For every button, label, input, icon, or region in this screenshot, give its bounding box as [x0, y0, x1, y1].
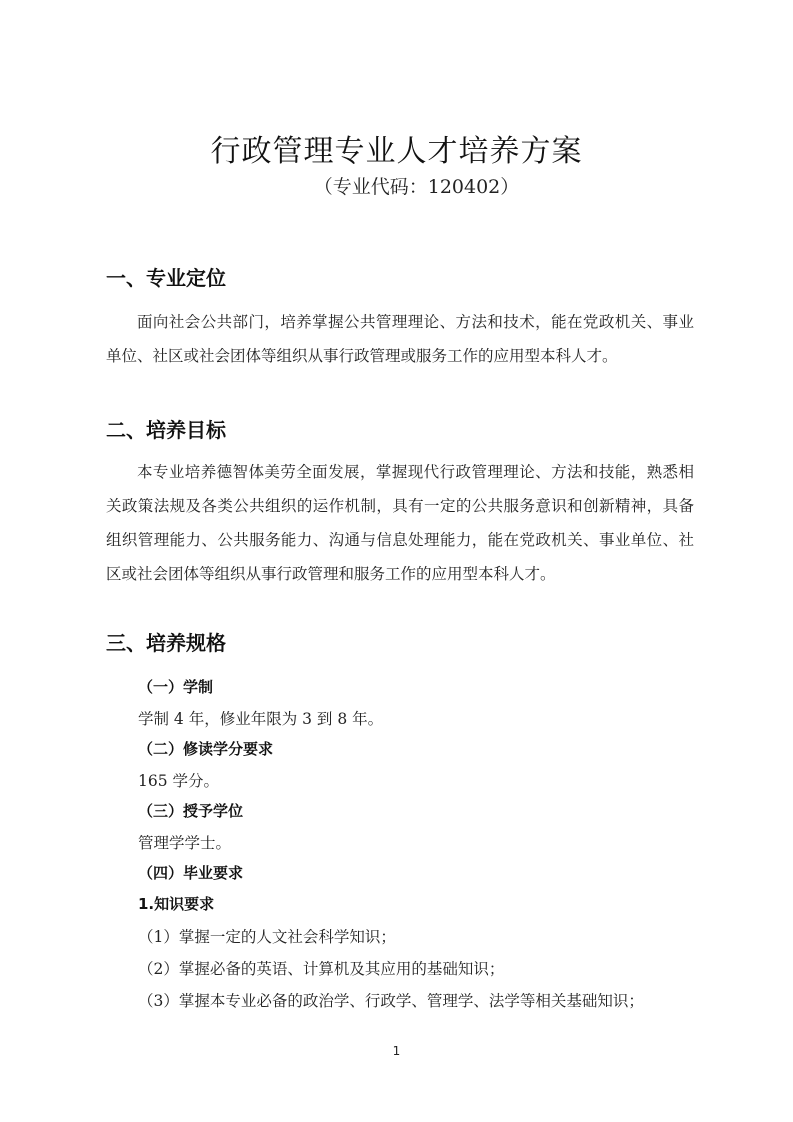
knowledge-requirements-heading: 1.知识要求 — [138, 893, 214, 914]
document-page: 行政管理专业人才培养方案 （专业代码：120402） 一、专业定位 面向社会公共… — [0, 0, 793, 1122]
section-paragraph-objectives: 本专业培养德智体美劳全面发展，掌握现代行政管理理论、方法和技能，熟悉相关政策法规… — [106, 455, 694, 591]
subsection-text-degree: 管理学学士。 — [138, 831, 231, 853]
subsection-heading-degree: （三）授予学位 — [138, 800, 243, 821]
subsection-text-credits: 165 学分。 — [138, 769, 219, 791]
section-heading-positioning: 一、专业定位 — [106, 262, 226, 291]
subsection-heading-graduation: （四）毕业要求 — [138, 862, 243, 883]
section-heading-objectives: 二、培养目标 — [106, 414, 226, 443]
section-heading-specifications: 三、培养规格 — [106, 627, 226, 656]
section-paragraph-positioning: 面向社会公共部门，培养掌握公共管理理论、方法和技术，能在党政机关、事业单位、社区… — [106, 305, 694, 373]
major-code: （专业代码：120402） — [0, 172, 793, 199]
page-number: 1 — [0, 1044, 793, 1058]
knowledge-item: （3）掌握本专业必备的政治学、行政学、管理学、法学等相关基础知识； — [138, 989, 644, 1011]
subsection-text-duration: 学制 4 年，修业年限为 3 到 8 年。 — [138, 707, 383, 729]
subsection-heading-credits: （二）修读学分要求 — [138, 738, 273, 759]
knowledge-item: （1）掌握一定的人文社会科学知识； — [138, 925, 396, 947]
knowledge-item: （2）掌握必备的英语、计算机及其应用的基础知识； — [138, 957, 504, 979]
document-title: 行政管理专业人才培养方案 — [0, 126, 793, 170]
subsection-heading-duration: （一）学制 — [138, 676, 213, 697]
